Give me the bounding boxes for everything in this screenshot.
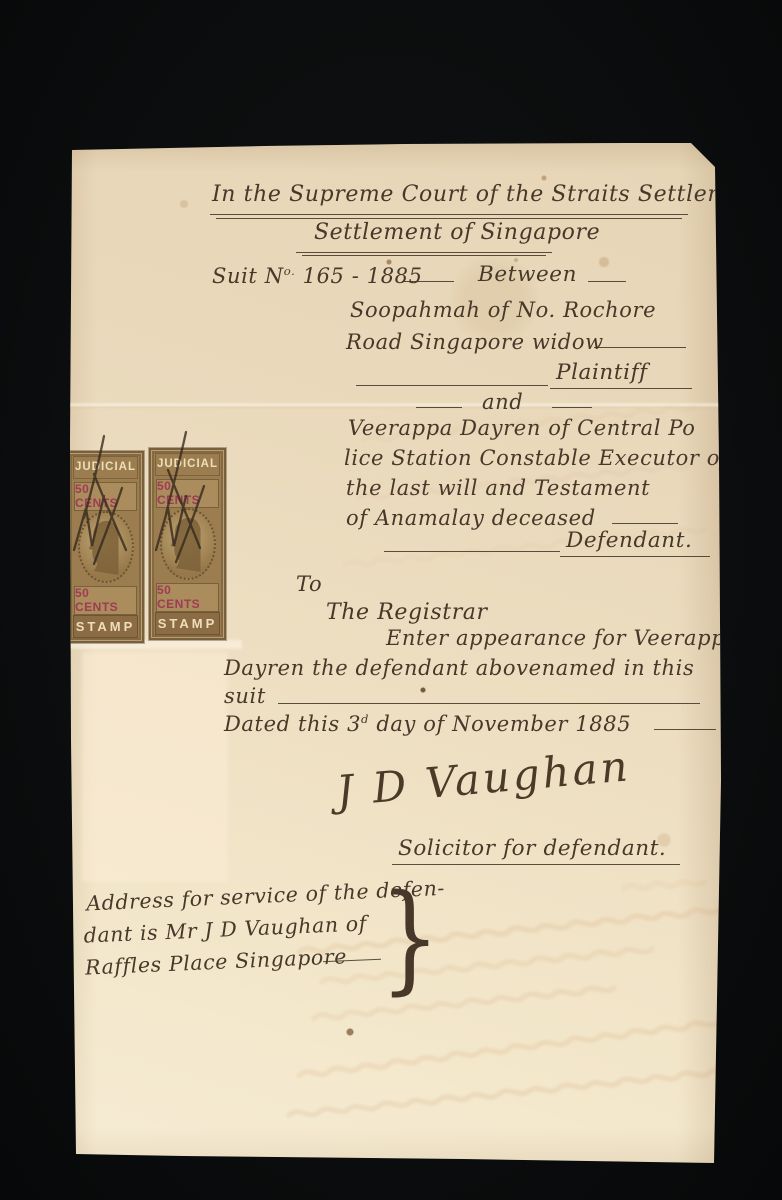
plaintiff-line2: Road Singapore widow <box>346 330 604 354</box>
pen-dash <box>588 281 626 282</box>
pen-dash <box>654 729 716 730</box>
plaintiff-label: Plaintiff <box>556 360 648 385</box>
addressee-registrar: The Registrar <box>326 600 488 625</box>
signature-title-underline <box>392 864 680 865</box>
court-heading-line2: Settlement of Singapore <box>314 220 600 245</box>
horizontal-fold-crease <box>64 402 724 408</box>
defendant-underline <box>560 556 710 557</box>
body-line1: Enter appearance for Veerappa <box>386 626 738 650</box>
pen-dash <box>594 347 686 348</box>
stamp-portrait-frame <box>69 511 142 583</box>
service-address-line3: Raffles Place Singapore <box>85 944 348 979</box>
queen-victoria-portrait <box>160 508 216 580</box>
defendant-line4: of Anamalay deceased <box>346 506 596 530</box>
pen-dash <box>416 407 462 408</box>
suit-number: Suit No. 165 - 1885 <box>212 264 423 288</box>
stamp-value-top: 50 CENTS <box>156 479 219 508</box>
plaintiff-line1: Soopahmah of No. Rochore <box>350 298 656 322</box>
paper-discoloration-patch <box>82 652 228 882</box>
court-heading-line1: In the Supreme Court of the Straits Sett… <box>212 182 779 207</box>
signature-title: Solicitor for defendant. <box>398 836 666 861</box>
stamp-value-top: 50 CENTS <box>74 482 137 511</box>
defendant-label: Defendant. <box>566 528 692 553</box>
judicial-stamp-left: JUDICIAL 50 CENTS 50 CENTS STAMP <box>67 451 144 643</box>
stamp-stamp-label: STAMP <box>73 615 138 638</box>
solicitor-signature: J D Vaughan <box>334 741 632 816</box>
service-address-line2: dant is Mr J D Vaughan of <box>83 911 367 947</box>
document-page: In the Supreme Court of the Straits Sett… <box>64 140 724 1168</box>
heading-underline <box>216 218 682 219</box>
pen-dash <box>552 407 592 408</box>
pen-dash <box>384 551 560 552</box>
photo-background: In the Supreme Court of the Straits Sett… <box>0 0 782 1200</box>
stamp-portrait-frame <box>151 508 224 580</box>
defendant-line1: Veerappa Dayren of Central Po <box>348 416 695 440</box>
judicial-stamp-right: JUDICIAL 50 CENTS 50 CENTS STAMP <box>149 448 226 640</box>
pen-dash <box>402 281 454 282</box>
service-address-brace: } <box>380 878 440 996</box>
pen-dash <box>356 385 548 386</box>
stamp-judicial-label: JUDICIAL <box>155 453 220 476</box>
queen-victoria-portrait <box>78 511 134 583</box>
between-label: Between <box>478 262 577 287</box>
plaintiff-underline <box>550 388 692 389</box>
defendant-line3: the last will and Testament <box>346 476 650 500</box>
addressee-to: To <box>296 572 322 596</box>
heading-underline <box>210 214 688 215</box>
stamp-value-bottom: 50 CENTS <box>74 586 137 615</box>
defendant-line2: lice Station Constable Executor of <box>344 446 728 470</box>
stamp-stamp-label: STAMP <box>155 612 220 635</box>
body-line2: Dayren the defendant abovenamed in this <box>224 656 694 680</box>
heading-underline <box>302 255 546 256</box>
body-line3-suit: suit <box>224 684 266 708</box>
pen-dash <box>612 523 678 524</box>
heading-underline <box>296 252 552 253</box>
stamp-value-bottom: 50 CENTS <box>156 583 219 612</box>
stamp-judicial-label: JUDICIAL <box>73 456 138 479</box>
pen-rule-line <box>278 703 700 704</box>
and-label: and <box>482 390 523 414</box>
dated-line: Dated this 3d day of November 1885 <box>224 712 631 736</box>
